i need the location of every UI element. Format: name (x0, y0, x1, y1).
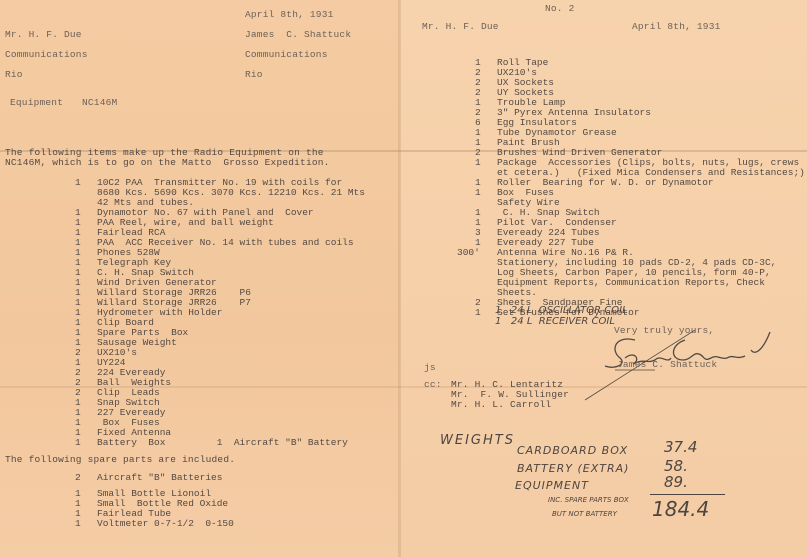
weights-label: EQUIPMENT (515, 479, 589, 492)
weights-total: 184.4 (652, 497, 709, 521)
page2-recipient-name: Mr. H. F. Due (422, 22, 499, 32)
handwritten-item-2: 1 24 L RECEIVER COIL (495, 316, 615, 327)
signer-name: James C. Shattuck (617, 360, 717, 370)
weights-label: BATTERY (EXTRA) (517, 462, 629, 475)
cc-label: cc: (424, 380, 442, 390)
weights-value: 37.4 (664, 438, 697, 456)
spare-parts-intro: The following spare parts are included. (5, 455, 235, 465)
page1-recipient-city: Rio (5, 70, 23, 80)
sum-line (650, 494, 725, 495)
equipment-list: 110C2 PAA Transmitter No. 19 with coils … (75, 178, 365, 448)
page1-sender-name: James C. Shattuck (245, 30, 351, 40)
page1-sender-dept: Communications (245, 50, 328, 60)
list-item: 2Aircraft "B" Batteries (75, 473, 234, 483)
weights-label: CARDBOARD BOX (517, 444, 628, 457)
handwritten-item-1: 1 24 L OSCILLATOR COIL (495, 305, 628, 316)
page1-recipient-dept: Communications (5, 50, 88, 60)
page2-equipment-list: 1Roll Tape 2UX210's 2UX Sockets 2UY Sock… (475, 58, 805, 318)
equipment-label: Equipment (10, 98, 63, 108)
center-fold (398, 0, 401, 557)
cc-recipient: Mr. H. L. Carroll (451, 400, 551, 410)
weights-value: 89. (664, 473, 688, 491)
intro-line-2: NC146M, which is to go on the Matto Gros… (5, 158, 330, 168)
weights-title: WEIGHTS (440, 433, 515, 448)
list-item: 1Battery Box 1 Aircraft "B" Battery (75, 438, 365, 448)
weights-note: BUT NOT BATTERY (552, 510, 617, 518)
page1-recipient-name: Mr. H. F. Due (5, 30, 82, 40)
list-item: 1Voltmeter 0-7-1/2 0-150 (75, 519, 234, 529)
signature-icon (575, 330, 795, 410)
equipment-value: NC146M (82, 98, 117, 108)
typist-initials: js (424, 363, 436, 373)
spare-parts-list: 2Aircraft "B" Batteries 1Small Bottle Li… (75, 473, 234, 529)
weights-note: INC. SPARE PARTS BOX (548, 496, 629, 504)
page1-sender-city: Rio (245, 70, 263, 80)
page1-date: April 8th, 1931 (245, 10, 334, 20)
page-number: No. 2 (545, 4, 575, 14)
page2-date: April 8th, 1931 (632, 22, 721, 32)
